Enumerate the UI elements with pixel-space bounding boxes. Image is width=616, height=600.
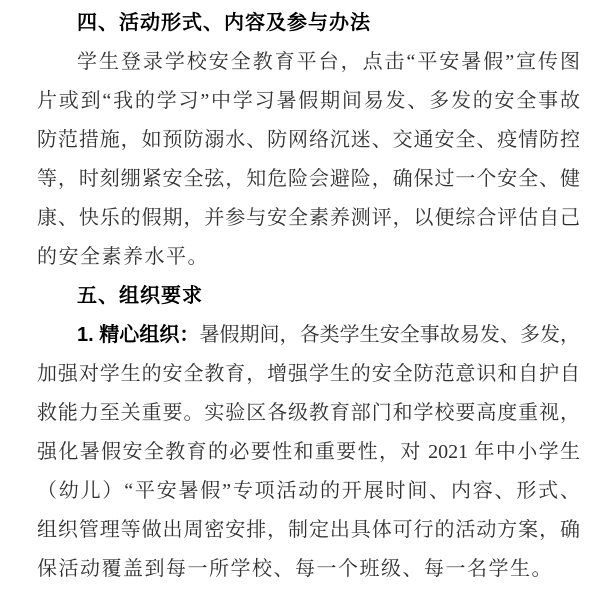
para-organization-line-4: 强化暑假安全教育的必要性和重要性，对 2021 年中小学生 xyxy=(37,433,580,472)
section-heading-organization-requirements: 五、组织要求 xyxy=(37,277,580,316)
document-page: 四、活动形式、内容及参与办法 学生登录学校安全教育平台，点击“平安暑假”宣传图 … xyxy=(0,0,616,600)
para-organization-line-5: （幼儿）“平安暑假”专项活动的开展时间、内容、形式、 xyxy=(37,472,580,511)
para-organization-line-7: 保活动覆盖到每一所学校、每一个班级、每一名学生。 xyxy=(37,550,580,589)
para-activity-line-1: 学生登录学校安全教育平台，点击“平安暑假”宣传图 xyxy=(37,43,580,82)
para-organization-line-2: 加强对学生的安全教育，增强学生的安全防范意识和自护自 xyxy=(37,355,580,394)
section-heading-activity-format: 四、活动形式、内容及参与办法 xyxy=(37,4,580,43)
careful-organization-lead-rest: 暑假期间，各类学生安全事故易发、多发， xyxy=(199,324,580,346)
careful-organization-bold-lead: 1. 精心组织： xyxy=(77,324,199,346)
para-organization-line-1: 1. 精心组织：暑假期间，各类学生安全事故易发、多发， xyxy=(37,316,580,355)
para-organization-line-3: 救能力至关重要。实验区各级教育部门和学校要高度重视， xyxy=(37,394,580,433)
para-activity-line-3: 防范措施，如预防溺水、防网络沉迷、交通安全、疫情防控 xyxy=(37,121,580,160)
para-activity-line-5: 康、快乐的假期，并参与安全素养测评，以便综合评估自己 xyxy=(37,199,580,238)
para-activity-line-4: 等，时刻绷紧安全弦，知危险会避险，确保过一个安全、健 xyxy=(37,160,580,199)
para-organization-line-6: 组织管理等做出周密安排，制定出具体可行的活动方案，确 xyxy=(37,511,580,550)
para-activity-line-2: 片或到“我的学习”中学习暑假期间易发、多发的安全事故 xyxy=(37,82,580,121)
para-activity-line-6: 的安全素养水平。 xyxy=(37,238,580,277)
